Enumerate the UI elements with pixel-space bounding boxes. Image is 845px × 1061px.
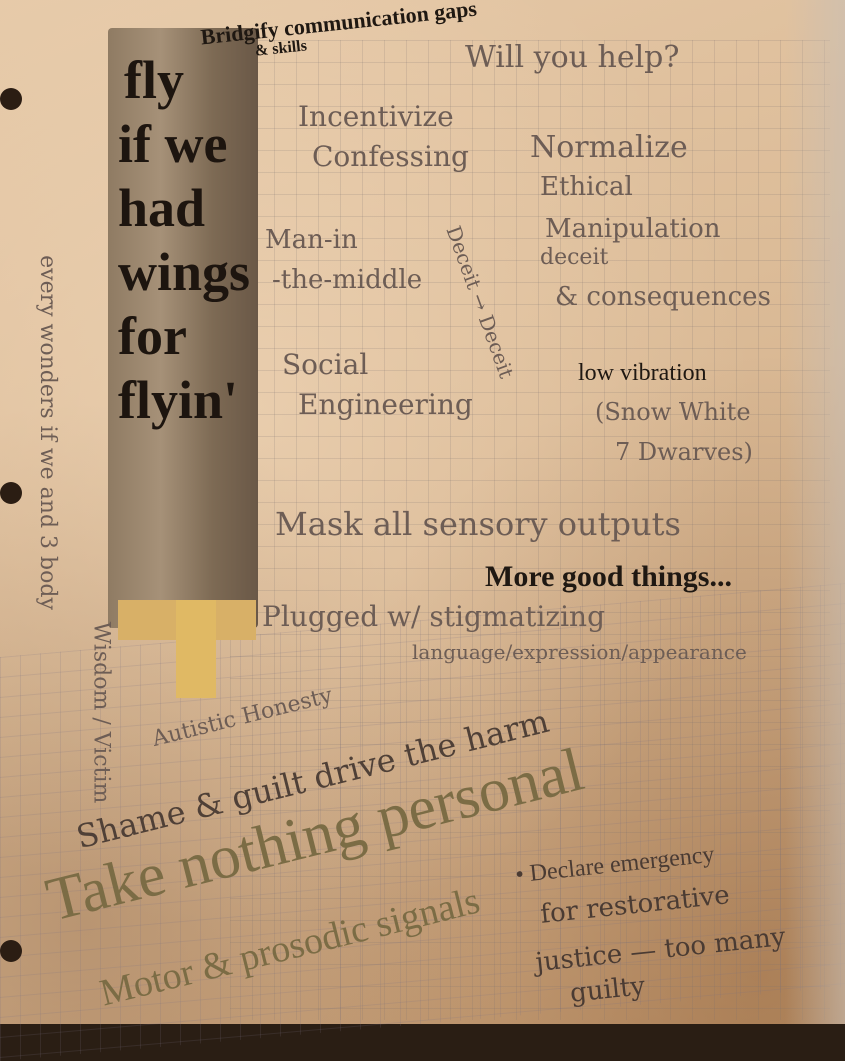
more-good-things: More good things... [485, 560, 732, 594]
tape-line: wings [118, 240, 248, 304]
margin-note-2: Wisdom / Victim [88, 622, 113, 804]
tape-line: had [118, 176, 248, 240]
confessing-line: Confessing [312, 140, 469, 173]
ethical-line: Ethical [540, 172, 633, 202]
tape-line: for [118, 304, 248, 368]
normalize-line: Normalize [530, 130, 688, 165]
engineering-line: Engineering [298, 388, 473, 421]
dwarves-line: 7 Dwarves) [615, 438, 753, 466]
mitm-line1: Man-in [265, 225, 358, 255]
mask-line: Mask all sensory outputs [275, 505, 681, 543]
incentivize-line: Incentivize [298, 100, 454, 133]
tape-line: fly [118, 48, 248, 112]
binder-hole [0, 940, 22, 962]
binder-hole [0, 88, 22, 110]
page-edge [785, 0, 845, 1024]
header-question: Will you help? [465, 40, 679, 75]
deceit-line: deceit [540, 245, 608, 270]
binder-hole [0, 482, 22, 504]
tape-line: flyin' [118, 368, 248, 432]
yellow-tape-tab [176, 600, 216, 698]
low-vibration-line: low vibration [578, 360, 707, 387]
tape-note: fly if we had wings for flyin' [118, 48, 248, 432]
snow-white-line: (Snow White [595, 398, 751, 426]
mitm-line2: -the-middle [272, 265, 422, 295]
notebook-page: fly if we had wings for flyin' Bridgify … [0, 0, 845, 1024]
margin-note: every wonders if we and 3 body [35, 255, 60, 610]
social-line: Social [282, 348, 368, 381]
language-line: language/expression/appearance [412, 640, 747, 664]
manipulation-line: Manipulation [545, 214, 721, 244]
plugged-line: Plugged w/ stigmatizing [262, 600, 605, 633]
consequences-line: & consequences [555, 282, 771, 312]
tape-line: if we [118, 112, 248, 176]
